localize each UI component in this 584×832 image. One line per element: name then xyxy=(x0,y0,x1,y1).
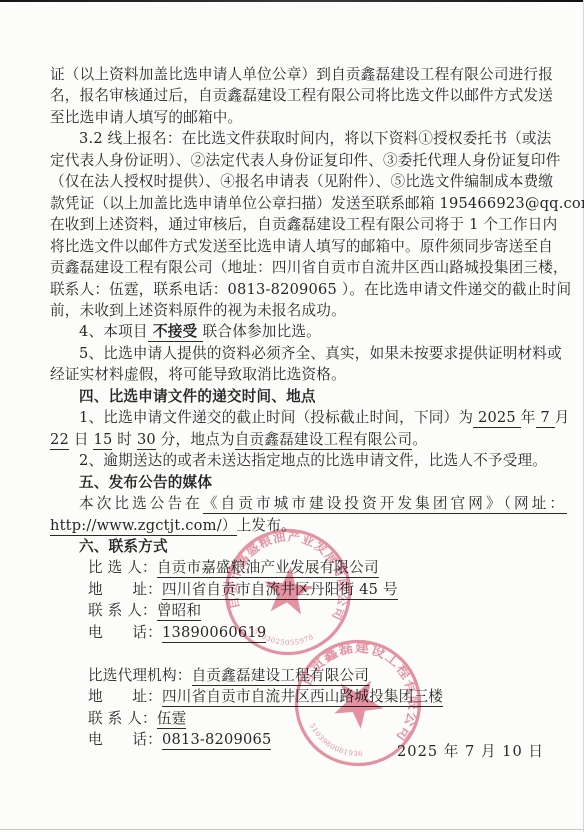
text-segment: 1、比选申请文件递交的截止时间（投标截止时间，下同）为 xyxy=(79,409,473,426)
text-line: 定代表人身份证明）、②法定代表人身份证复印件、③委托代理人身份证复印件 xyxy=(50,150,550,171)
text-line: 将比选文件以邮件方式发送至比选申请人填写的邮箱中。原件须同步寄送至自 xyxy=(50,236,550,257)
text-segment: 地 址： xyxy=(88,688,162,705)
text-line: 5、比选申请人提供的资料必须齐全、真实，如果未按要求提供证明材料或 xyxy=(50,343,550,364)
issue-date: 2025 年 7 月 10 日 xyxy=(0,740,544,761)
text-line: 电 话：13890060619 xyxy=(50,622,550,643)
text-segment: （仅在法人授权时提供）、④报名申请表（见附件）、⑤比选文件编制成本费缴 xyxy=(50,173,553,190)
text-segment: 贡鑫磊建设工程有限公司（地址：四川省自贡市自流井区西山路城投集团三楼， xyxy=(50,259,568,276)
text-segment: 22 xyxy=(50,431,69,450)
text-segment: 5、比选申请人提供的资料必须齐全、真实，如果未按要求提供证明材料或 xyxy=(79,345,562,362)
text-line: 2、逾期送达的或者未送达指定地点的比选申请文件，比选人不予受理。 xyxy=(50,450,550,471)
text-segment: 五、发布公告的媒体 xyxy=(79,474,212,491)
text-segment: 15 xyxy=(93,431,112,450)
text-segment: 定代表人身份证明）、②法定代表人身份证复印件、③委托代理人身份证复印件 xyxy=(50,152,560,169)
text-segment: 自贡鑫磊建设工程有限公司 xyxy=(192,667,370,686)
document-body: 证（以上资料加盖比选申请人单位公章）到自贡鑫磊建设工程有限公司进行报名，报名审核… xyxy=(50,64,550,750)
text-segment: 2、逾期送达的或者未送达指定地点的比选申请文件，比选人不予受理。 xyxy=(79,452,547,469)
text-segment: 2025 xyxy=(473,409,521,428)
text-segment: 联合体参加比选。 xyxy=(203,323,321,340)
text-line: 1、比选申请文件递交的截止时间（投标截止时间，下同）为 2025 年 7 月 xyxy=(50,407,550,428)
text-line: 四、比选申请文件的递交时间、地点 xyxy=(50,386,550,407)
text-line: 3.2 线上报名：在比选文件获取时间内，将以下资料①授权委托书（或法 xyxy=(50,128,550,149)
text-segment: 四、比选申请文件的递交时间、地点 xyxy=(79,388,316,405)
text-line: 贡鑫磊建设工程有限公司（地址：四川省自贡市自流井区西山路城投集团三楼， xyxy=(50,257,550,278)
text-segment: 。 xyxy=(412,431,427,448)
text-line: 前，未收到上述资料原件的视为未报名成功。 xyxy=(50,300,550,321)
text-segment: 3.2 线上报名：在比选文件获取时间内，将以下资料①授权委托书（或法 xyxy=(79,130,551,147)
text-segment: 证（以上资料加盖比选申请人单位公章）到自贡鑫磊建设工程有限公司进行报 xyxy=(50,66,553,83)
text-segment: 四川省自贡市自流井区西山路城投集团三楼 xyxy=(162,688,443,707)
text-segment: 7 xyxy=(536,409,555,428)
text-segment: 款凭证（以上加盖比选申请单位公章扫描）发送至联系邮箱 195466923@qq.… xyxy=(50,195,584,212)
scan-edge-top xyxy=(0,0,584,2)
text-segment: 年 xyxy=(521,409,536,426)
text-line: （仅在法人授权时提供）、④报名申请表（见附件）、⑤比选文件编制成本费缴 xyxy=(50,171,550,192)
text-segment: 4、本项目 xyxy=(79,323,148,340)
text-line: 本次比选公告在《自贡市城市建设投资开发集团官网》（网址： xyxy=(50,493,550,514)
text-segment: 在收到上述资料，通过审核后，自贡鑫磊建设工程有限公司将于 1 个工作日内 xyxy=(50,216,557,233)
text-segment: 电 话： xyxy=(88,624,162,641)
text-segment: 自贡鑫磊建设工程有限公司 xyxy=(235,431,413,450)
scanned-document-page: 证（以上资料加盖比选申请人单位公章）到自贡鑫磊建设工程有限公司进行报名，报名审核… xyxy=(0,0,584,832)
text-segment: 30 xyxy=(137,431,156,450)
text-segment: 名，报名审核通过后，自贡鑫磊建设工程有限公司将比选文件以邮件方式发送 xyxy=(50,87,553,104)
text-line: 比选代理机构：自贡鑫磊建设工程有限公司 xyxy=(50,665,550,686)
text-line: 名，报名审核通过后，自贡鑫磊建设工程有限公司将比选文件以邮件方式发送 xyxy=(50,85,550,106)
text-segment: 13890060619 xyxy=(162,624,266,643)
text-line: 22 日 15 时 30 分，地点为自贡鑫磊建设工程有限公司。 xyxy=(50,429,550,450)
text-segment: 四川省自贡市自流井区丹阳街 45 号 xyxy=(162,581,398,600)
text-line: 在收到上述资料，通过审核后，自贡鑫磊建设工程有限公司将于 1 个工作日内 xyxy=(50,214,550,235)
text-segment: 不接受 xyxy=(148,323,203,342)
text-segment: 上发布。 xyxy=(237,517,296,534)
text-segment: 联系人：伍霆，联系电话：0813-8209065 ）。在比选申请文件递交的截止时… xyxy=(50,281,571,298)
text-segment: 日 xyxy=(69,431,93,448)
text-line: 4、本项目 不接受 联合体参加比选。 xyxy=(50,321,550,342)
text-segment: 《自贡市城市建设投资开发集团官网》（网址： xyxy=(203,495,567,514)
text-line: 地 址：四川省自贡市自流井区丹阳街 45 号 xyxy=(50,579,550,600)
text-segment: 比 选 人： xyxy=(88,559,157,576)
text-segment: 本次比选公告在 xyxy=(79,495,203,512)
text-segment: 曾昭和 xyxy=(157,602,201,621)
text-line: 联系人：伍霆，联系电话：0813-8209065 ）。在比选申请文件递交的截止时… xyxy=(50,279,550,300)
text-line: 比 选 人：自贡市嘉盛粮油产业发展有限公司 xyxy=(50,557,550,578)
text-line: 至比选申请人填写的邮箱中。 xyxy=(50,107,550,128)
text-line: 六、联系方式 xyxy=(50,536,550,557)
text-line: 证（以上资料加盖比选申请人单位公章）到自贡鑫磊建设工程有限公司进行报 xyxy=(50,64,550,85)
text-segment: 自贡市嘉盛粮油产业发展有限公司 xyxy=(157,559,379,578)
text-line: 联 系 人：伍霆 xyxy=(50,708,550,729)
text-segment: 联 系 人： xyxy=(88,602,157,619)
text-line: 款凭证（以上加盖比选申请单位公章扫描）发送至联系邮箱 195466923@qq.… xyxy=(50,193,550,214)
text-segment: 经证实材料虚假，将可能导致取消比选资格。 xyxy=(50,366,346,383)
text-line: 五、发布公告的媒体 xyxy=(50,472,550,493)
text-segment: 联 系 人： xyxy=(88,710,157,727)
text-line: http://www.zgctjt.com/）上发布。 xyxy=(50,515,550,536)
text-line: 地 址：四川省自贡市自流井区西山路城投集团三楼 xyxy=(50,686,550,707)
text-segment: 六、联系方式 xyxy=(79,538,168,555)
text-segment: 前，未收到上述资料原件的视为未报名成功。 xyxy=(50,302,346,319)
text-segment: 将比选文件以邮件方式发送至比选申请人填写的邮箱中。原件须同步寄送至自 xyxy=(50,238,553,255)
text-segment: 地 址： xyxy=(88,581,162,598)
text-segment: 时 xyxy=(112,431,136,448)
text-segment: 比选代理机构： xyxy=(88,667,192,684)
scan-edge-bottom xyxy=(0,829,584,830)
text-line: 联 系 人：曾昭和 xyxy=(50,600,550,621)
text-segment: 月 xyxy=(555,409,570,426)
text-segment: http://www.zgctjt.com/） xyxy=(50,517,237,536)
text-segment: 伍霆 xyxy=(157,710,187,729)
text-segment: 至比选申请人填写的邮箱中。 xyxy=(50,109,242,126)
text-segment: 分，地点为 xyxy=(156,431,235,448)
text-line xyxy=(50,643,550,664)
text-line: 经证实材料虚假，将可能导致取消比选资格。 xyxy=(50,364,550,385)
